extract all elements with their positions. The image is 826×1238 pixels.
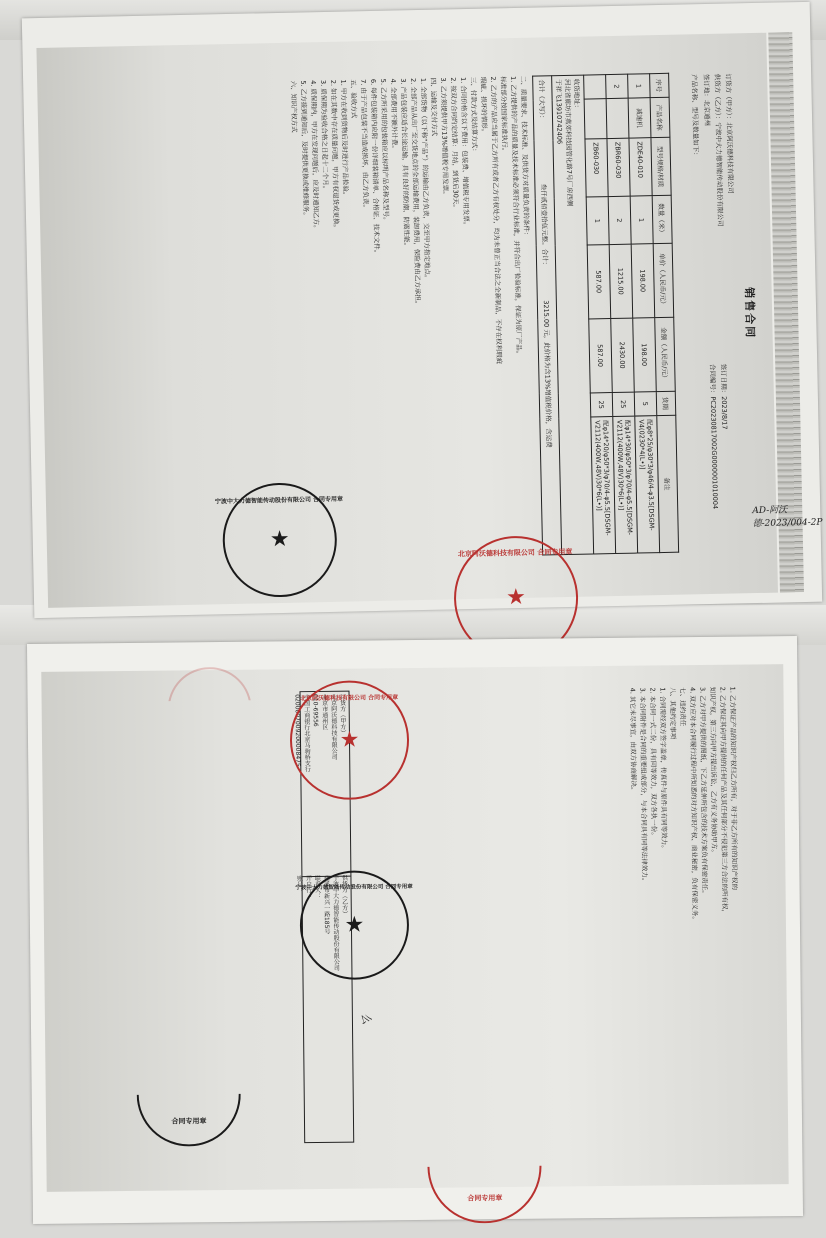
table-cell-name: 减速机 bbox=[628, 98, 651, 138]
sign-date-line: 签订日期：2023/8/17 bbox=[718, 364, 729, 430]
table-header-cell: 序号 bbox=[650, 73, 670, 98]
stamp-text: 北京阿沃德科技有限公司 合同专用章 bbox=[458, 547, 573, 559]
stamp-text: 合同专用章 bbox=[467, 1193, 502, 1203]
stamp-text: 北京阿沃德科技有限公司 合同专用章 bbox=[300, 692, 398, 702]
table-cell-model: ZBR60-030 bbox=[607, 138, 630, 197]
table-cell-model: ZB60-030 bbox=[585, 139, 608, 198]
contract-no-value: PC20230817002G000000101000​4 bbox=[709, 396, 719, 509]
table-cell-remark: 配φ8*25/φ30*3/φ46/4-φ3.5[DSGM-V4(0230*4(L… bbox=[635, 416, 660, 553]
table-header-cell: 货期 bbox=[656, 391, 676, 416]
place-value: 北京通州 bbox=[703, 100, 712, 126]
table-cell-qty: 1 bbox=[630, 196, 653, 244]
place-line: 签订地：北京通州 bbox=[701, 74, 712, 126]
buyer-name: 北京阿沃德科技有限公司 bbox=[725, 122, 734, 194]
total-words: 叁仟贰佰壹拾伍元整。合计： bbox=[540, 184, 550, 269]
intro-line: 产品名称、型号及数量如下： bbox=[689, 74, 701, 159]
table-cell-name bbox=[584, 99, 607, 139]
table-header-cell: 备注 bbox=[657, 415, 679, 552]
page1-content: 销售合同 订货方（甲方）：北京阿沃德科技有限公司 供货方（乙方）：宁波中大力德智… bbox=[62, 33, 774, 608]
table-cell-remark: 配φ14*20/φ50*3/φ70/4-φ5.5[DSGM-V2112(400W… bbox=[591, 417, 616, 554]
table-cell-no bbox=[584, 75, 607, 100]
table-cell-qty: 2 bbox=[608, 196, 631, 244]
place-label: 签订地： bbox=[702, 74, 711, 100]
stamp-buyer-red: ★ 北京阿沃德科技有限公司 合同专用章 bbox=[289, 680, 409, 800]
clauses-section: 1. 乙方保证产品的知识产权归乙方所有，对于非乙方所有的知识产权的2. 乙方保证… bbox=[627, 687, 742, 1158]
contract-page-2: 1. 乙方保证产品的知识产权归乙方所有，对于非乙方所有的知识产权的2. 乙方保证… bbox=[27, 636, 803, 1224]
table-header-cell: 数量（米） bbox=[652, 195, 672, 243]
table-cell-amount: 2430.00 bbox=[611, 318, 635, 392]
table-cell-no: 2 bbox=[606, 74, 629, 99]
table-cell-amount: 587.00 bbox=[589, 318, 613, 392]
sign-date-label: 签订日期： bbox=[719, 364, 728, 397]
table-header-cell: 单价（人民币/元） bbox=[653, 243, 674, 317]
stamp-seller-black: ★ 宁波中大力德智能传动股份有限公司 合同专用章 bbox=[299, 870, 409, 980]
items-table: 序号产品名称型号规格/材质数量（米）单价（人民币/元）金额（人民币/元）货期备注… bbox=[532, 73, 679, 556]
seller-name: 宁波中大力德智能传动股份有限公司 bbox=[714, 122, 724, 226]
handwritten-note: AD-阿沃德-2023/004-2P bbox=[752, 501, 826, 529]
total-amount: 3215.00 bbox=[542, 300, 551, 327]
table-header-cell: 金额（人民币/元） bbox=[655, 317, 676, 391]
table-cell-model: ZDE40-010 bbox=[629, 138, 652, 197]
seller-label: 供货方（乙方）： bbox=[713, 74, 722, 123]
star-icon: ★ bbox=[344, 914, 364, 936]
table-header-cell: 型号规格/材质 bbox=[651, 137, 671, 196]
sign-date-value: 2023/8/17 bbox=[720, 396, 729, 430]
clauses-section: 二、质量要求、技术标准、及供货方对质量负责的条件：1. 乙方提供的产品的质量及技… bbox=[288, 76, 538, 561]
table-cell-unit-price: 198.00 bbox=[631, 244, 655, 318]
table-cell-unit-price: 587.00 bbox=[587, 245, 611, 319]
stamp-text: 合同专用章 bbox=[171, 1116, 206, 1126]
buyer-label: 订货方（甲方）： bbox=[724, 73, 733, 122]
star-icon: ★ bbox=[270, 529, 290, 551]
table-cell-no: 1 bbox=[628, 74, 651, 99]
table-cell-remark: 配φ14*30/φ50*3/φ70/4-φ5.5[DSGM-V2112(400W… bbox=[613, 416, 638, 553]
contract-no-label: 合同编号： bbox=[708, 364, 717, 397]
table-cell-amount: 198.00 bbox=[633, 317, 657, 391]
stamp-text: 宁波中大力德智能传动股份有限公司 合同专用章 bbox=[215, 494, 343, 506]
table-cell-lead-time: 25 bbox=[612, 392, 635, 417]
table-cell-unit-price: 1215.00 bbox=[609, 244, 633, 318]
total-note: 元，此价格为含13%增值税价格，含运费 bbox=[543, 329, 553, 448]
total-label: 合计（大写）： bbox=[538, 79, 547, 121]
star-icon: ★ bbox=[506, 587, 526, 609]
table-cell-name bbox=[606, 98, 629, 138]
table-cell-lead-time: 25 bbox=[590, 392, 613, 417]
stamp-text: 宁波中大力德智能传动股份有限公司 合同专用章 bbox=[295, 882, 412, 891]
contract-page-1: 销售合同 订货方（甲方）：北京阿沃德科技有限公司 供货方（乙方）：宁波中大力德智… bbox=[22, 2, 822, 618]
table-cell-lead-time: 5 bbox=[634, 391, 657, 416]
star-icon: ★ bbox=[340, 729, 360, 751]
table-cell-qty: 1 bbox=[586, 197, 609, 245]
buyer-line: 订货方（甲方）：北京阿沃德科技有限公司 bbox=[723, 73, 736, 193]
table-header-cell: 产品名称 bbox=[650, 97, 670, 137]
